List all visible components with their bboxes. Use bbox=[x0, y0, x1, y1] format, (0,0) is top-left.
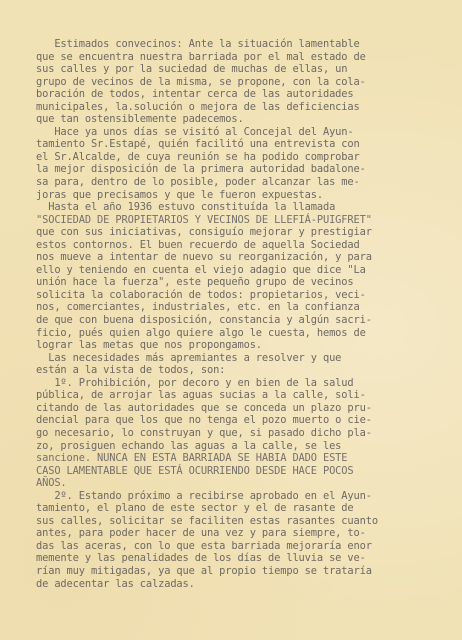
society-name-line: "SOCIEDAD DE PROPIETARIOS Y VECINOS DE L… bbox=[36, 214, 462, 227]
text-line: go necesario, lo construyan y que, si pa… bbox=[36, 427, 462, 440]
text-line: Estimados convecinos: Ante la situación … bbox=[36, 38, 462, 51]
text-line: joras que precisamos y que le fueron exp… bbox=[36, 189, 462, 202]
text-line: sus calles y por la suciedad de muchas d… bbox=[36, 63, 462, 76]
text-line: nos, comerciantes, industriales, etc. en… bbox=[36, 301, 462, 314]
text-line: estos contornos. El buen recuerdo de aqu… bbox=[36, 239, 462, 252]
text-line: pública, de arrojar las aguas sucias a l… bbox=[36, 389, 462, 402]
text-line: dencial para que los que no tenga el poz… bbox=[36, 414, 462, 427]
text-line: CASO LAMENTABLE QUE ESTÁ OCURRIENDO DESD… bbox=[36, 465, 462, 478]
text-line: antes, para poder hacer de una vez y par… bbox=[36, 527, 462, 540]
text-line: Hace ya unos días se visitó al Concejal … bbox=[36, 126, 462, 139]
text-line: 2º. Estando próximo a recibirse aprobado… bbox=[36, 490, 462, 503]
text-line: sancione. NUNCA EN ESTA BARRIADA SE HABI… bbox=[36, 452, 462, 465]
text-line: de que con buena disposición, constancia… bbox=[36, 314, 462, 327]
text-line: que tan ostensiblemente padecemos. bbox=[36, 113, 462, 126]
text-line: de adecentar las calzadas. bbox=[36, 578, 462, 591]
text-line: boración de todos, intentar cerca de las… bbox=[36, 88, 462, 101]
text-line: que se encuentra nuestra barriada por el… bbox=[36, 51, 462, 64]
text-line: Hasta el año 1936 estuvo constituída la … bbox=[36, 201, 462, 214]
text-line: ello y teniendo en cuenta el viejo adagi… bbox=[36, 264, 462, 277]
text-line: solicita la colaboración de todos: propi… bbox=[36, 289, 462, 302]
text-line: ficio, pués quien algo quiere algo le cu… bbox=[36, 327, 462, 340]
text-line: zo, prosiguen echando las aguas a la cal… bbox=[36, 440, 462, 453]
text-line: Las necesidades más apremiantes a resolv… bbox=[36, 352, 462, 365]
text-line: unión hace la fuerza", este pequeño grup… bbox=[36, 276, 462, 289]
text-line: sa para, dentro de lo posible, poder alc… bbox=[36, 176, 462, 189]
text-line: das las aceras, con lo que esta barriada… bbox=[36, 540, 462, 553]
text-line: citando de las autoridades que se conced… bbox=[36, 402, 462, 415]
text-line: tamiento, el plano de este sector y el d… bbox=[36, 502, 462, 515]
text-line: la mejor disposición de la primera autor… bbox=[36, 163, 462, 176]
text-line: lograr las metas que nos propongamos. bbox=[36, 339, 462, 352]
text-line: memente y las penalidades de los días de… bbox=[36, 552, 462, 565]
text-line: rían muy mitigadas, ya que al propio tie… bbox=[36, 565, 462, 578]
text-line: que con sus iniciativas, consiguío mejor… bbox=[36, 226, 462, 239]
text-line: están a la vista de todos, son: bbox=[36, 364, 462, 377]
text-line: municipales, la.solución o mejora de las… bbox=[36, 101, 462, 114]
text-line: 1º. Prohibición, por decoro y en bien de… bbox=[36, 377, 462, 390]
text-line: grupo de vecinos de la misma, se propone… bbox=[36, 76, 462, 89]
typewritten-letter: Estimados convecinos: Ante la situación … bbox=[36, 38, 462, 590]
text-line: el Sr.Alcalde, de cuya reunión se ha pod… bbox=[36, 151, 462, 164]
text-line: nos mueve a intentar de nuevo su reorgan… bbox=[36, 251, 462, 264]
text-line: sus calles, solicitar se faciliten estas… bbox=[36, 515, 462, 528]
text-line: AÑOS. bbox=[36, 477, 462, 490]
text-line: tamiento Sr.Estapé, quién facilitó una e… bbox=[36, 138, 462, 151]
